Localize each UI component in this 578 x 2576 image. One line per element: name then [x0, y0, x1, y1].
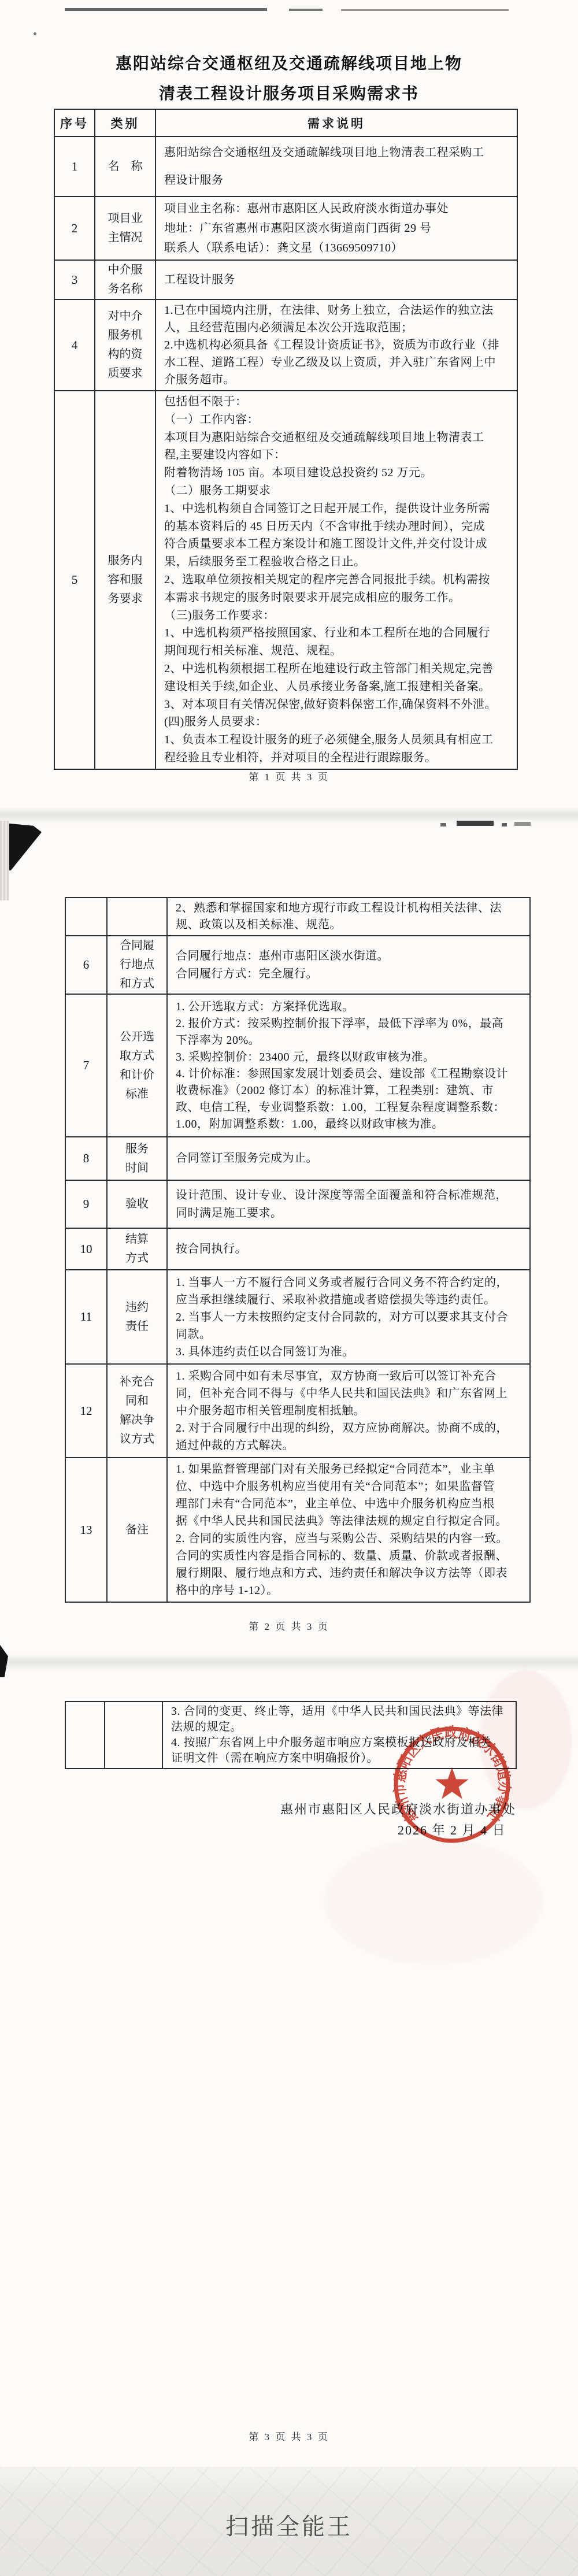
table-row: 7 公开选 取方式 和计价 标准 1. 公开选取方式：方案择优选取。 2. 报价…	[65, 994, 530, 1137]
table-row: 1 名 称 惠阳站综合交通枢纽及交通疏解线项目地上物清表工程采购工 程设计服务	[54, 136, 517, 197]
table-row: 11 违约 责任 1. 当事人一方不履行合同义务或者履行合同义务不符合约定的， …	[65, 1270, 530, 1364]
r5-description: 包括但不限于： （一）工作内容： 本项目为惠阳站综合交通枢纽及交通疏解线项目地上…	[155, 391, 517, 769]
table-row: 6 合同履 行地点 和方式 合同履行地点：惠州市惠阳区淡水街道。 合同履行方式：…	[65, 936, 530, 994]
scan-artifact-corner-wedge	[0, 1645, 8, 1677]
document-title-line-2: 清表工程设计服务项目采购需求书	[0, 81, 578, 104]
r2-category: 项目业 主情况	[95, 197, 155, 260]
r4-category: 对中介 服务机 构的资 质要求	[95, 299, 155, 391]
scan-artifact-top-smudge	[289, 9, 323, 11]
r13cont-seq	[65, 1702, 105, 1769]
scanned-document: 惠阳站综合交通枢纽及交通疏解线项目地上物 清表工程设计服务项目采购需求书 序号 …	[0, 0, 578, 2576]
header-seq: 序号	[54, 109, 95, 136]
r5cont-description: 2、熟悉和掌握国家和地方现行市政工程设计机构相关法律、法 规、政策以及相关标准、…	[167, 898, 530, 936]
r1-description: 惠阳站综合交通枢纽及交通疏解线项目地上物清表工程采购工 程设计服务	[155, 136, 517, 197]
r12-category: 补充合 同和 解决争 议方式	[107, 1364, 167, 1458]
r8-seq: 8	[65, 1137, 107, 1180]
table-row: 2 项目业 主情况 项目业主名称：惠州市惠阳区人民政府淡水街道办事处 地址：广东…	[54, 197, 517, 260]
r3-seq: 3	[54, 260, 95, 299]
r12-seq: 12	[65, 1364, 107, 1458]
r6-seq: 6	[65, 936, 107, 994]
table-row: 5 服务内 容和服 务要求 包括但不限于： （一）工作内容： 本项目为惠阳站综合…	[54, 391, 517, 769]
r12-description: 1. 采购合同中如有未尽事宜，双方协商一致后可以签订补充合 同，但补充合同不得与…	[167, 1364, 530, 1458]
r11-description: 1. 当事人一方不履行合同义务或者履行合同义务不符合约定的， 应当承担继续履行、…	[167, 1270, 530, 1364]
r6-category: 合同履 行地点 和方式	[107, 936, 167, 994]
r9-seq: 9	[65, 1180, 107, 1228]
scan-artifact-top-smudge	[65, 8, 267, 11]
page-footer-3: 第 3 页 共 3 页	[0, 2429, 578, 2443]
r7-category: 公开选 取方式 和计价 标准	[107, 994, 167, 1137]
table-row: 4 对中介 服务机 构的资 质要求 1.已在中国境内注册，在法律、财务上独立，合…	[54, 299, 517, 391]
scan-artifact-top-smudge	[341, 9, 509, 11]
r4-seq: 4	[54, 299, 95, 391]
r5-category: 服务内 容和服 务要求	[95, 391, 155, 769]
scan-artifact-mark	[440, 823, 446, 826]
r1-category: 名 称	[95, 136, 155, 197]
r9-description: 设计范围、设计专业、设计深度等需全面覆盖和符合标准规范， 同时满足施工要求。	[167, 1180, 530, 1228]
r2-seq: 2	[54, 197, 95, 260]
table-row: 3 中介服 务名称 工程设计服务	[54, 260, 517, 299]
r3-category: 中介服 务名称	[95, 260, 155, 299]
camscanner-watermark: 扫描全能王	[0, 2508, 578, 2541]
r13-seq: 13	[65, 1458, 107, 1602]
header-description: 需求说明	[155, 109, 517, 136]
scan-artifact-page-separator	[0, 1654, 578, 1671]
scanner-banner: 扫描全能王	[0, 2467, 578, 2576]
r9-category: 验收	[107, 1180, 167, 1228]
requirements-table-page-2: 2、熟悉和掌握国家和地方现行市政工程设计机构相关法律、法 规、政策以及相关标准、…	[65, 897, 531, 1603]
scan-artifact-edge-strip	[0, 821, 9, 900]
table-row: 12 补充合 同和 解决争 议方式 1. 采购合同中如有未尽事宜，双方协商一致后…	[65, 1364, 530, 1458]
scan-artifact-mark	[502, 823, 507, 826]
r10-description: 按合同执行。	[167, 1228, 530, 1270]
r4-description: 1.已在中国境内注册，在法律、财务上独立，合法运作的独立法 人，且经营范围内必须…	[155, 299, 517, 391]
table-row: 13 备注 1. 如果监督管理部门对有关服务已经拟定“合同范本”，业主单 位、中…	[65, 1458, 530, 1602]
r13cont-category	[105, 1702, 162, 1769]
page-footer-2: 第 2 页 共 3 页	[0, 1618, 578, 1633]
requirements-table-page-1: 序号 类别 需求说明 1 名 称 惠阳站综合交通枢纽及交通疏解线项目地上物清表工…	[54, 109, 518, 770]
table-row: 9 验收 设计范围、设计专业、设计深度等需全面覆盖和符合标准规范， 同时满足施工…	[65, 1180, 530, 1228]
page-footer-1: 第 1 页 共 3 页	[0, 769, 578, 783]
r5cont-category	[107, 898, 167, 936]
scan-artifact-mark	[514, 822, 531, 826]
r11-category: 违约 责任	[107, 1270, 167, 1364]
table-row: 10 结算 方式 按合同执行。	[65, 1228, 530, 1270]
r13-category: 备注	[107, 1458, 167, 1602]
r7-seq: 7	[65, 994, 107, 1137]
r10-seq: 10	[65, 1228, 107, 1270]
r1-seq: 1	[54, 136, 95, 197]
table-row: 2、熟悉和掌握国家和地方现行市政工程设计机构相关法律、法 规、政策以及相关标准、…	[65, 898, 530, 936]
header-category: 类别	[95, 109, 155, 136]
r2-description: 项目业主名称：惠州市惠阳区人民政府淡水街道办事处 地址：广东省惠州市惠阳区淡水街…	[155, 197, 517, 260]
r5-seq: 5	[54, 391, 95, 769]
r10-category: 结算 方式	[107, 1228, 167, 1270]
r8-description: 合同签订至服务完成为止。	[167, 1137, 530, 1180]
r11-seq: 11	[65, 1270, 107, 1364]
document-title-line-1: 惠阳站综合交通枢纽及交通疏解线项目地上物	[0, 51, 578, 74]
scan-artifact-mark	[457, 821, 494, 826]
official-seal-stamp: 惠州市惠阳区人民政府淡水街道办事处	[391, 1723, 513, 1846]
scan-artifact-dot	[34, 32, 36, 35]
table-row: 8 服务 时间 合同签订至服务完成为止。	[65, 1137, 530, 1180]
scan-artifact-pink-tint	[324, 1838, 543, 1965]
r7-description: 1. 公开选取方式：方案择优选取。 2. 报价方式：按采购控制价报下浮率，最低下…	[167, 994, 530, 1137]
r3-description: 工程设计服务	[155, 260, 517, 299]
r6-description: 合同履行地点：惠州市惠阳区淡水街道。 合同履行方式：完全履行。	[167, 936, 530, 994]
r5cont-seq	[65, 898, 107, 936]
r8-category: 服务 时间	[107, 1137, 167, 1180]
seal-star-icon	[435, 1767, 469, 1799]
r13-description: 1. 如果监督管理部门对有关服务已经拟定“合同范本”，业主单 位、中选中介服务机…	[167, 1458, 530, 1602]
